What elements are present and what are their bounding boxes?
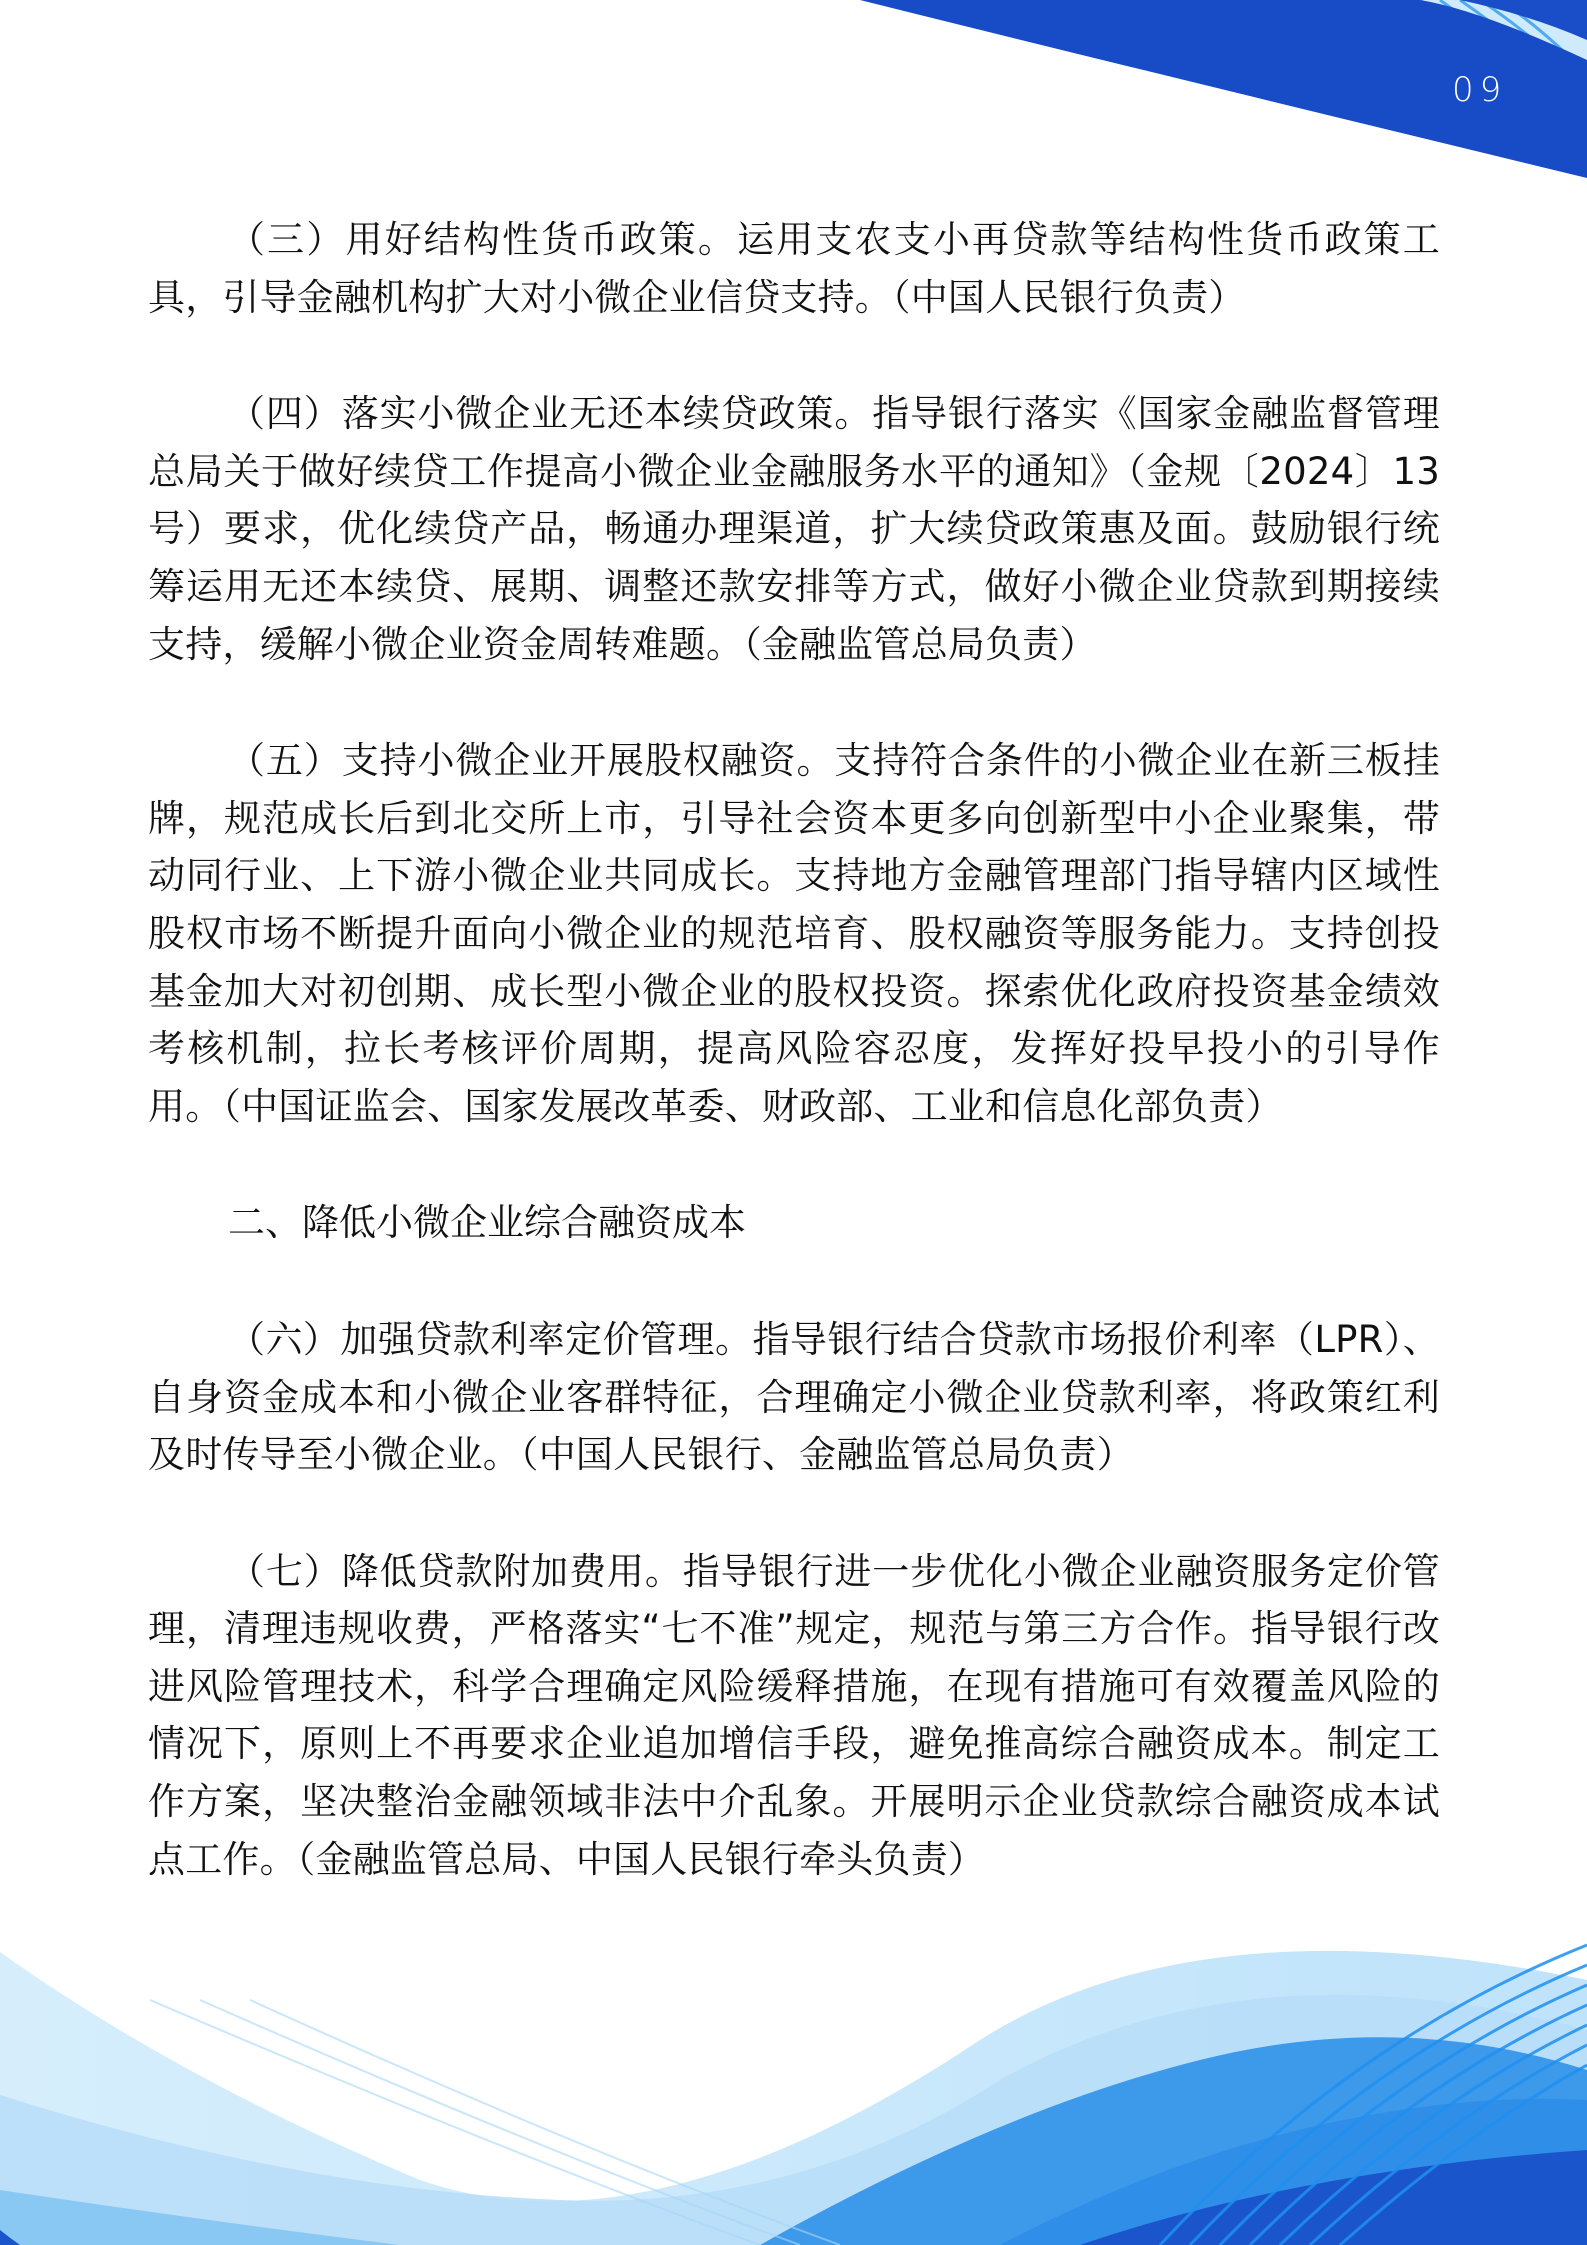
paragraph-item-3: （三）用好结构性货币政策。运用支农支小再贷款等结构性货币政策工具，引导金融机构扩… xyxy=(148,211,1440,326)
paragraph-item-7: （七）降低贷款附加费用。指导银行进一步优化小微企业融资服务定价管理，清理违规收费… xyxy=(148,1543,1440,1889)
document-body: （三）用好结构性货币政策。运用支农支小再贷款等结构性货币政策工具，引导金融机构扩… xyxy=(148,211,1440,1947)
section-heading: 二、降低小微企业综合融资成本 xyxy=(148,1194,1440,1252)
paragraph-item-4: （四）落实小微企业无还本续贷政策。指导银行落实《国家金融监督管理总局关于做好续贷… xyxy=(148,385,1440,673)
page-number: 09 xyxy=(1452,70,1507,110)
paragraph-item-5: （五）支持小微企业开展股权融资。支持符合条件的小微企业在新三板挂牌，规范成长后到… xyxy=(148,732,1440,1135)
paragraph-item-6: （六）加强贷款利率定价管理。指导银行结合贷款市场报价利率（LPR）、自身资金成本… xyxy=(148,1311,1440,1484)
